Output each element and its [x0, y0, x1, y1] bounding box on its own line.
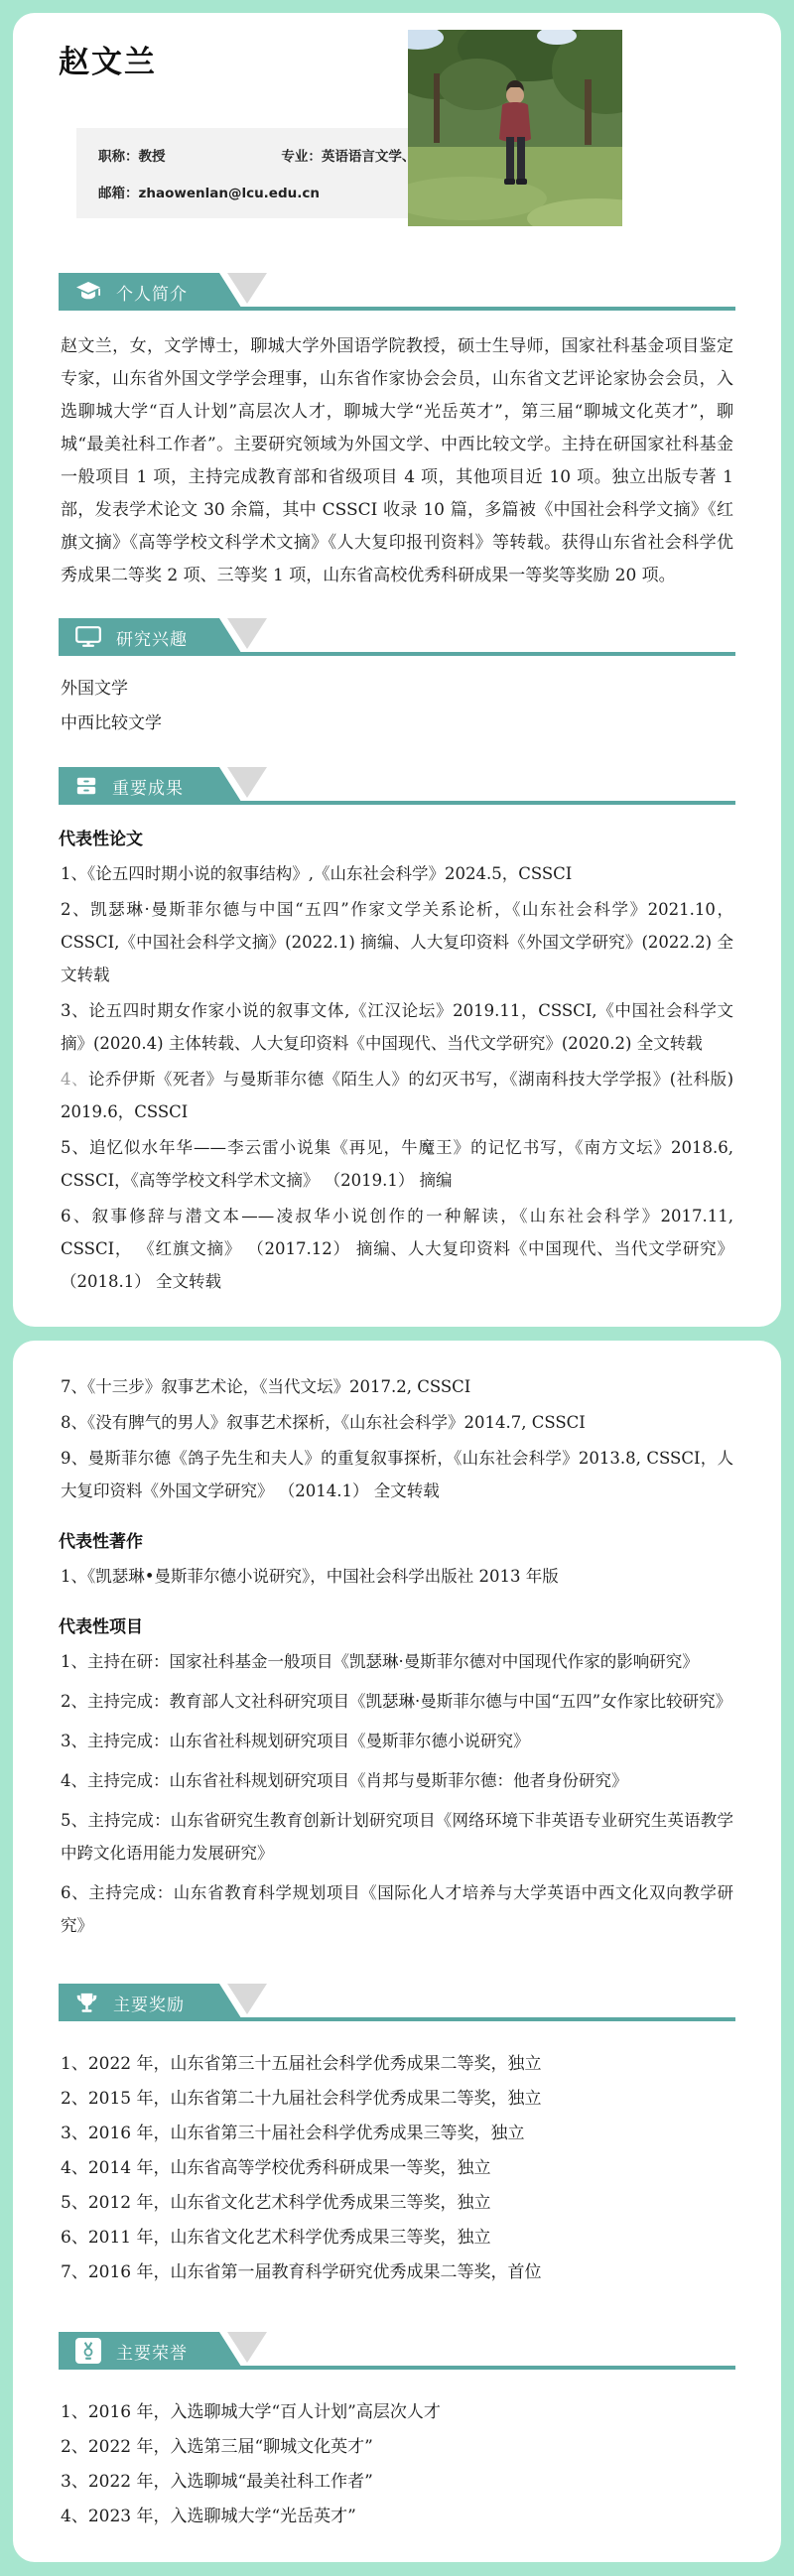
item-text: 《没有脾气的男人》叙事艺术探析，《山东社会科学》2014.7, CSSCI — [87, 1413, 586, 1432]
award-item: 1、2022 年，山东省第三十五届社会科学优秀成果二等奖，独立 — [61, 2047, 733, 2082]
paper-item: 3、论五四时期女作家小说的叙事文体,《江汉论坛》2019.11，CSSCI,《中… — [61, 994, 733, 1060]
award-item: 6、2011 年，山东省文化艺术科学优秀成果三等奖，独立 — [61, 2221, 733, 2255]
archive-icon — [75, 775, 97, 797]
paper-item: 1、《论五四时期小说的叙事结构》,《山东社会科学》2024.5，CSSCI — [61, 857, 733, 890]
honor-item: 3、2022 年，入选聊城“最美社科工作者” — [61, 2465, 733, 2500]
award-item: 3、2016 年，山东省第三十届社会科学优秀成果三等奖，独立 — [61, 2117, 733, 2151]
item-number: 7、 — [61, 1377, 87, 1396]
projects-heading: 代表性项目 — [59, 1612, 735, 1637]
item-text: 曼斯菲尔德《鸽子先生和夫人》的重复叙事探析，《山东社会科学》2013.8, CS… — [61, 1449, 733, 1500]
item-text: 叙事修辞与潜文本——凌叔华小说创作的一种解读，《山东社会科学》2017.11, … — [61, 1207, 733, 1291]
item-number: 6、 — [61, 1207, 92, 1225]
intro-paragraph: 赵文兰，女，文学博士，聊城大学外国语学院教授，硕士生导师，国家社科基金项目鉴定专… — [61, 330, 733, 592]
interest-item: 中西比较文学 — [61, 707, 733, 741]
trophy-icon — [75, 1992, 98, 2014]
page-title: 赵文兰 — [59, 37, 735, 81]
award-item: 5、2012 年，山东省文化艺术科学优秀成果三等奖，独立 — [61, 2186, 733, 2221]
item-number: 4、 — [61, 1070, 88, 1089]
project-item: 4、主持完成：山东省社科规划研究项目《肖邦与曼斯菲尔德：他者身份研究》 — [61, 1764, 733, 1797]
project-list: 1、主持在研：国家社科基金一般项目《凯瑟琳·曼斯菲尔德对中国现代作家的影响研究》… — [61, 1645, 733, 1942]
project-item: 6、主持完成：山东省教育科学规划项目《国际化人才培养与大学英语中西文化双向教学研… — [61, 1876, 733, 1942]
project-item: 2、主持完成：教育部人文社科研究项目《凯瑟琳·曼斯菲尔德与中国“五四”女作家比较… — [61, 1685, 733, 1718]
paper-item: 7、《十三步》叙事艺术论，《当代文坛》2017.2, CSSCI — [61, 1370, 733, 1403]
item-number: 2、 — [61, 900, 90, 919]
honor-list: 1、2016 年，入选聊城大学“百人计划”高层次人才2、2022 年，入选第三届… — [61, 2395, 733, 2534]
profile-photo-placeholder — [408, 30, 622, 226]
paper-item: 2、凯瑟琳·曼斯菲尔德与中国“五四”作家文学关系论析，《山东社会科学》2021.… — [61, 893, 733, 991]
section-title: 个人简介 — [116, 280, 188, 305]
medal-icon — [75, 2338, 101, 2364]
honor-item: 2、2022 年，入选第三届“聊城文化英才” — [61, 2430, 733, 2465]
profile-page: 赵文兰 职称：教授 专业：英语语言文学、汉语国际教育 邮箱：zhaowenlan… — [0, 0, 794, 2576]
paper-item: 8、《没有脾气的男人》叙事艺术探析，《山东社会科学》2014.7, CSSCI — [61, 1406, 733, 1439]
item-number: 3、 — [61, 1001, 88, 1020]
award-item: 7、2016 年，山东省第一届教育科学研究优秀成果二等奖，首位 — [61, 2255, 733, 2290]
honor-item: 1、2016 年，入选聊城大学“百人计划”高层次人才 — [61, 2395, 733, 2430]
profile-card-top: 赵文兰 职称：教授 专业：英语语言文学、汉语国际教育 邮箱：zhaowenlan… — [13, 13, 781, 1327]
paper-item: 9、曼斯菲尔德《鸽子先生和夫人》的重复叙事探析，《山东社会科学》2013.8, … — [61, 1442, 733, 1507]
item-number: 5、 — [61, 1138, 89, 1157]
section-tab-intro: 个人简介 — [59, 273, 243, 311]
paper-list-part2: 7、《十三步》叙事艺术论，《当代文坛》2017.2, CSSCI8、《没有脾气的… — [61, 1370, 733, 1507]
section-tab-interests: 研究兴趣 — [59, 618, 243, 656]
item-text: 《论五四时期小说的叙事结构》,《山东社会科学》2024.5，CSSCI — [87, 864, 572, 883]
item-number: 1、 — [61, 864, 87, 883]
section-header-achievements: 重要成果 — [59, 767, 735, 805]
section-header-awards: 主要奖励 — [59, 1984, 735, 2021]
section-tab-honors: 主要荣誉 — [59, 2332, 243, 2370]
paper-item: 4、论乔伊斯《死者》与曼斯菲尔德《陌生人》的幻灭书写，《湖南科技大学学报》(社科… — [61, 1063, 733, 1128]
item-number: 9、 — [61, 1449, 88, 1468]
interest-item: 外国文学 — [61, 672, 733, 707]
item-text: 凯瑟琳·曼斯菲尔德与中国“五四”作家文学关系论析，《山东社会科学》2021.10… — [61, 900, 733, 984]
profile-photo — [408, 30, 622, 226]
book-item: 1、《凯瑟琳•曼斯菲尔德小说研究》，中国社会科学出版社 2013 年版 — [61, 1560, 733, 1593]
graduation-cap-icon — [75, 281, 101, 303]
section-tab-awards: 主要奖励 — [59, 1984, 243, 2021]
profile-card-bottom: 7、《十三步》叙事艺术论，《当代文坛》2017.2, CSSCI8、《没有脾气的… — [13, 1341, 781, 2562]
section-title: 主要奖励 — [113, 1991, 185, 2015]
award-item: 4、2014 年，山东省高等学校优秀科研成果一等奖，独立 — [61, 2151, 733, 2186]
item-text: 《十三步》叙事艺术论，《当代文坛》2017.2, CSSCI — [87, 1377, 470, 1396]
project-item: 3、主持完成：山东省社科规划研究项目《曼斯菲尔德小说研究》 — [61, 1725, 733, 1757]
title-field: 职称：教授 — [98, 145, 281, 165]
interest-list: 外国文学中西比较文学 — [61, 672, 733, 741]
item-text: 论五四时期女作家小说的叙事文体,《江汉论坛》2019.11，CSSCI,《中国社… — [61, 1001, 733, 1053]
section-header-interests: 研究兴趣 — [59, 618, 735, 656]
section-title: 主要荣誉 — [116, 2339, 188, 2364]
honor-item: 4、2023 年，入选聊城大学“光岳英才” — [61, 2500, 733, 2534]
section-title: 重要成果 — [112, 774, 184, 799]
section-header-intro: 个人简介 — [59, 273, 735, 311]
paper-item: 6、叙事修辞与潜文本——凌叔华小说创作的一种解读，《山东社会科学》2017.11… — [61, 1200, 733, 1298]
item-text: 论乔伊斯《死者》与曼斯菲尔德《陌生人》的幻灭书写，《湖南科技大学学报》(社科版)… — [61, 1070, 733, 1121]
book-list: 1、《凯瑟琳•曼斯菲尔德小说研究》，中国社会科学出版社 2013 年版 — [61, 1560, 733, 1593]
award-item: 2、2015 年，山东省第二十九届社会科学优秀成果二等奖，独立 — [61, 2082, 733, 2117]
profile-header: 赵文兰 职称：教授 专业：英语语言文学、汉语国际教育 邮箱：zhaowenlan… — [59, 37, 735, 247]
papers-heading: 代表性论文 — [59, 825, 735, 849]
project-item: 5、主持完成：山东省研究生教育创新计划研究项目《网络环境下非英语专业研究生英语教… — [61, 1804, 733, 1869]
monitor-icon — [75, 626, 101, 648]
item-text: 追忆似水年华——李云雷小说集《再见，牛魔王》的记忆书写，《南方文坛》2018.6… — [61, 1138, 733, 1190]
books-heading: 代表性著作 — [59, 1527, 735, 1552]
section-header-honors: 主要荣誉 — [59, 2332, 735, 2370]
paper-list-part1: 1、《论五四时期小说的叙事结构》,《山东社会科学》2024.5，CSSCI2、凯… — [61, 857, 733, 1298]
section-title: 研究兴趣 — [116, 625, 188, 650]
paper-item: 5、追忆似水年华——李云雷小说集《再见，牛魔王》的记忆书写，《南方文坛》2018… — [61, 1131, 733, 1197]
award-list: 1、2022 年，山东省第三十五届社会科学优秀成果二等奖，独立2、2015 年，… — [61, 2047, 733, 2290]
section-tab-achievements: 重要成果 — [59, 767, 243, 805]
project-item: 1、主持在研：国家社科基金一般项目《凯瑟琳·曼斯菲尔德对中国现代作家的影响研究》 — [61, 1645, 733, 1678]
item-number: 8、 — [61, 1413, 87, 1432]
